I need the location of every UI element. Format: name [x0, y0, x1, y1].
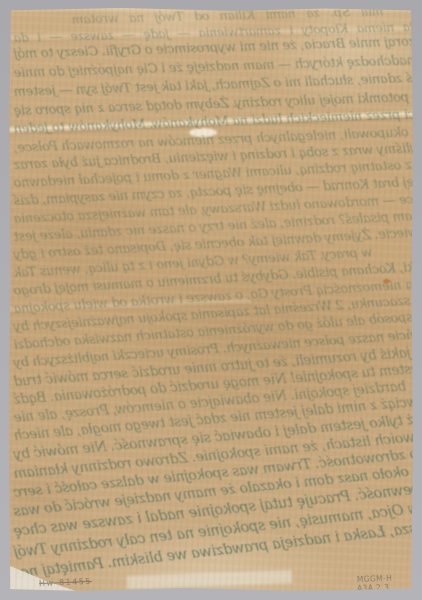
rust-stain [383, 279, 390, 284]
letter-page: mili Śp. za nami Kilian od Twój na wrota… [9, 8, 413, 592]
scan-background: mili Śp. za nami Kilian od Twój na wrota… [0, 0, 422, 600]
handwriting-lines: mili Śp. za nami Kilian od Twój na wrota… [9, 8, 413, 592]
